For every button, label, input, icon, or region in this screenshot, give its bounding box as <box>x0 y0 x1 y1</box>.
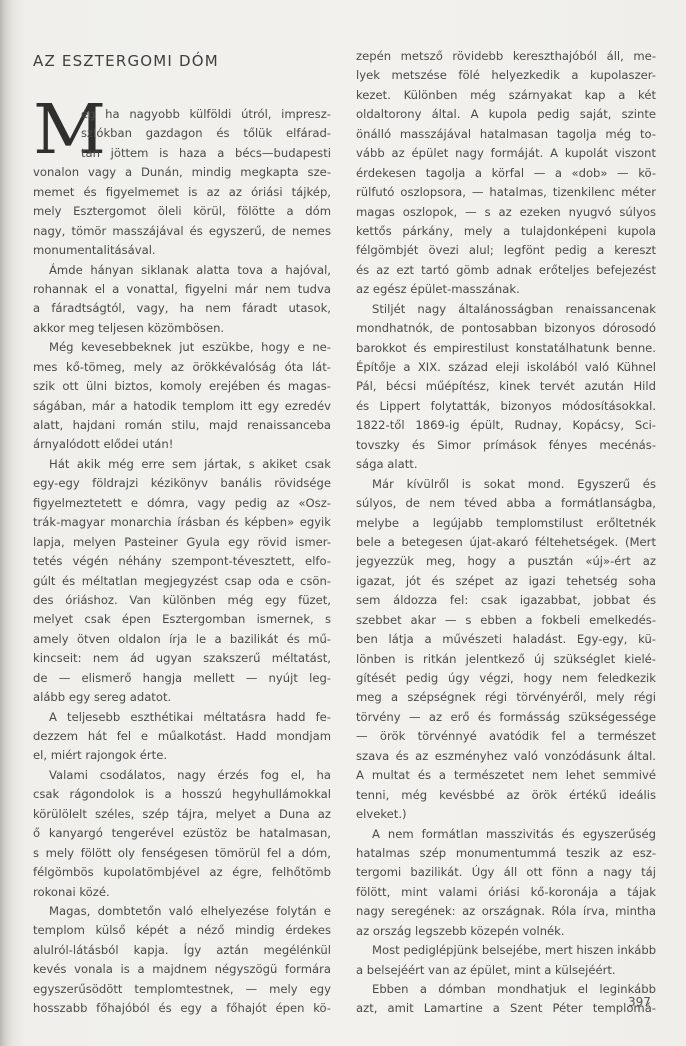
right-text-column: zepén metsző rövidebb keresztha­jóból ál… <box>356 47 656 1019</box>
text-line: nagy seregének: az országnak. Róla írva,… <box>356 902 656 921</box>
text-line: lyek metszése fölé helyezkedik a kupolas… <box>356 66 656 85</box>
text-line: A teljesebb eszthétikai méltatásra hadd … <box>33 708 331 727</box>
text-line: fölött, mint valami óriási kő-koronája a… <box>356 883 656 902</box>
text-line: melyet csak épen Esztergomban ismernek, … <box>33 610 331 629</box>
text-line: egy-egy földrajzi kézikönyv banális rövi… <box>33 474 331 493</box>
text-line: hosszabb főhajóból és egy a főhajót épen… <box>33 999 331 1018</box>
text-line: tergomi bazilikát. Úgy áll ott fönn a na… <box>356 863 656 882</box>
text-line: zepén metsző rövidebb keresztha­jóból ál… <box>356 47 656 66</box>
text-line: elveket.) <box>356 805 656 824</box>
text-line: nagy, tömör masszájával és egyszerű, de … <box>33 222 331 241</box>
text-line: az ország legszebb közepén volnék. <box>356 922 656 941</box>
text-line: szebbet akar — s ebben a fokbeli emelked… <box>356 611 656 630</box>
text-line: mely Esztergomot öleli körül, fölötte a … <box>33 202 331 221</box>
text-line: A nem formátlan masszivitás és egyszerűs… <box>356 825 656 844</box>
text-line: 1822-től 1869-ig épült, Rudnay, Kopácsy,… <box>356 416 656 435</box>
text-line: vonalon vagy a Dunán, mindig megkapta sz… <box>33 163 331 182</box>
text-line: és az ezt tartó gömb adnak erőteljes bef… <box>356 261 656 280</box>
text-line: des óriáshoz. Van különben még egy füzet… <box>33 591 331 610</box>
text-line: amely ötven oldalon írja le a bazilikát … <box>33 630 331 649</box>
text-line: s mely fölött oly fenségesen tömörül fel… <box>33 844 331 863</box>
text-line: rokonai közé. <box>33 883 331 902</box>
text-line: melybe a legújabb templomstilust erőltet… <box>356 514 656 533</box>
text-line: de — elismerő hangja mellett — nyújt leg… <box>33 669 331 688</box>
text-line: árnyalódott elődei után! <box>33 435 331 454</box>
text-line: súlyos, de nem téved abba a formátlanság… <box>356 494 656 513</box>
text-line: ságában, már a hatodik templom itt egy e… <box>33 397 331 416</box>
text-line: gítését pedig úgy végzi, hogy nem feledk… <box>356 669 656 688</box>
text-line: rülfutó oszlopsora, — hatalmas, tizenkil… <box>356 183 656 202</box>
text-line: oldaltorony által. A kupola pedig saját,… <box>356 105 656 124</box>
text-line: kevés vonala is a majdnem négyszögü form… <box>33 960 331 979</box>
text-line: hatalmas szép monumentummá teszik az esz… <box>356 844 656 863</box>
text-line: a belsejéért van az épület, mint a külse… <box>356 961 656 980</box>
text-line: mondhatnók, de pontosabban bizonyos dóro… <box>356 319 656 338</box>
text-line: a fáradtságtól, vagy, ha nem fáradt utas… <box>33 299 331 318</box>
text-line: Építője a XIX. század eleji iskolából va… <box>356 358 656 377</box>
text-line: egyszerűsödött templomtestnek, — mely eg… <box>33 980 331 999</box>
text-line: Valami csodálatos, nagy érzés fog el, ha <box>33 766 331 785</box>
text-line: sem áldozza fel: csak igazabbat, jobbat … <box>356 591 656 610</box>
text-line: kincseit: nem ád ugyan szakszerű méltatá… <box>33 649 331 668</box>
text-line: akkor meg teljesen közömbösen. <box>33 319 331 338</box>
text-line: rohannak el a vonattal, figyelni már nem… <box>33 280 331 299</box>
text-line: az egész épület-masszának. <box>356 280 656 299</box>
text-line: ég ha nagyobb külföldi útról, impresz- <box>33 105 331 124</box>
text-line: Pál, bécsi műépítész, kinek tervét azutá… <box>356 377 656 396</box>
article-title: AZ ESZTERGOMI DÓM <box>33 52 219 70</box>
text-line: lapja, melyen Pasteiner Gyula egy rövid … <box>33 533 331 552</box>
text-line: szik ott ülni biztos, komoly erejében és… <box>33 377 331 396</box>
text-line: törvény — az erő és formásság szükségess… <box>356 708 656 727</box>
text-line: ő kanyargó tengerével ezüstöz be hatalma… <box>33 824 331 843</box>
text-line: — örök törvénnyé avatódik fel a természe… <box>356 727 656 746</box>
text-line: figyelmeztetett e dómra, vagy pedig az «… <box>33 494 331 513</box>
text-line: Már kívülről is sokat mond. Egyszerű és <box>356 475 656 494</box>
text-line: körülölelt széles, szép tájra, melyet a … <box>33 805 331 824</box>
text-line: Stiljét nagy általánosságban renaissance… <box>356 300 656 319</box>
text-line: Hát akik még erre sem jártak, s akiket c… <box>33 455 331 474</box>
text-line: szlókban gazdagon és tőlük elfárad- <box>33 124 331 143</box>
text-line: trák-magyar monarchia írásban és képben»… <box>33 513 331 532</box>
text-line: tetés végén néhány szempont-tévesztett, … <box>33 552 331 571</box>
text-line: templom külső képét a néző mindig érdeke… <box>33 921 331 940</box>
text-line: bele a betegesen újat-akaró féltehetsége… <box>356 533 656 552</box>
book-page: AZ ESZTERGOMI DÓM M ég ha nagyobb külföl… <box>0 0 686 1046</box>
text-line: érdekesen tagolja a körfal — a «dob» — k… <box>356 164 656 183</box>
text-line: igazat, jót és szépet az igazi tehetség … <box>356 572 656 591</box>
text-line: dezzem hát fel e műalkotást. Hadd mondja… <box>33 727 331 746</box>
text-line: félgömbös kupolatömbjével az égre, felhő… <box>33 863 331 882</box>
text-line: kettős párkány, mely a tulajdonképeni ku… <box>356 222 656 241</box>
text-line: Ámde hányan siklanak alatta tova a hajóv… <box>33 261 331 280</box>
text-line: monumentalitásával. <box>33 241 331 260</box>
text-line: és Lippert folytatták, bizonyos módosítá… <box>356 397 656 416</box>
text-line: mes kő-tömeg, mely az örökkévalóság óta … <box>33 358 331 377</box>
text-line: kezet. Különben még szárnyakat kap a két <box>356 86 656 105</box>
text-line: Még kevesebbeknek jut eszükbe, hogy e ne… <box>33 338 331 357</box>
text-line: tovszky és Simor prímások fényes mecénás… <box>356 436 656 455</box>
text-line: tenni, még kevésbbé az örök értékű ideál… <box>356 786 656 805</box>
text-line: Most pediglépjünk belsejébe, mert hiszen… <box>356 941 656 960</box>
text-line: lönben is ritkán jelentkező új szükségle… <box>356 650 656 669</box>
text-line: barokkot és empirestilust konstatálhatun… <box>356 339 656 358</box>
text-line: ben látja a művészeti haladást. Egy-egy,… <box>356 630 656 649</box>
text-line: vább az épület nagy formáját. A kupolát … <box>356 144 656 163</box>
page-number: 397 <box>628 995 651 1009</box>
text-line: alulról-látásból kapja. Így aztán megélé… <box>33 941 331 960</box>
text-line: sága alatt. <box>356 455 656 474</box>
text-line: azt, amit Lamartine a Szent Péter templo… <box>356 999 656 1018</box>
text-line: csak rágondolok is a hosszú hegyhullámok… <box>33 785 331 804</box>
text-line: el, miért rajongok érte. <box>33 746 331 765</box>
text-line: memet és figyelmemet is az az óriási táj… <box>33 183 331 202</box>
text-line: A multat és a természetet nem lehet semm… <box>356 766 656 785</box>
text-line: szava és az eszményhez való vonzódásunk … <box>356 747 656 766</box>
text-line: Ebben a dómban mondhatjuk el leginkább <box>356 980 656 999</box>
text-line: Magas, dombtetőn való elhelyezése folytá… <box>33 902 331 921</box>
text-line: gúlt és méltatlan megjegyzést csap oda e… <box>33 572 331 591</box>
text-line: önálló masszájával hatalmasan tagolja mé… <box>356 125 656 144</box>
text-line: félgömbjét övezi alul; legfönt pedig a k… <box>356 241 656 260</box>
text-line: magas oszlopok, — s az ezeken nyugvó súl… <box>356 203 656 222</box>
text-line: alább egy sereg adatot. <box>33 688 331 707</box>
text-line: jegyezzük meg, hogy a pusztán «új»-ért a… <box>356 552 656 571</box>
text-line: tan jöttem is haza a bécs—budapesti <box>33 144 331 163</box>
text-line: meg a szépségnek régi törvényéről, mely … <box>356 688 656 707</box>
left-text-column: ég ha nagyobb külföldi útról, impresz-sz… <box>33 105 331 1019</box>
text-line: alatt, hajdani román stilu, majd renaiss… <box>33 416 331 435</box>
